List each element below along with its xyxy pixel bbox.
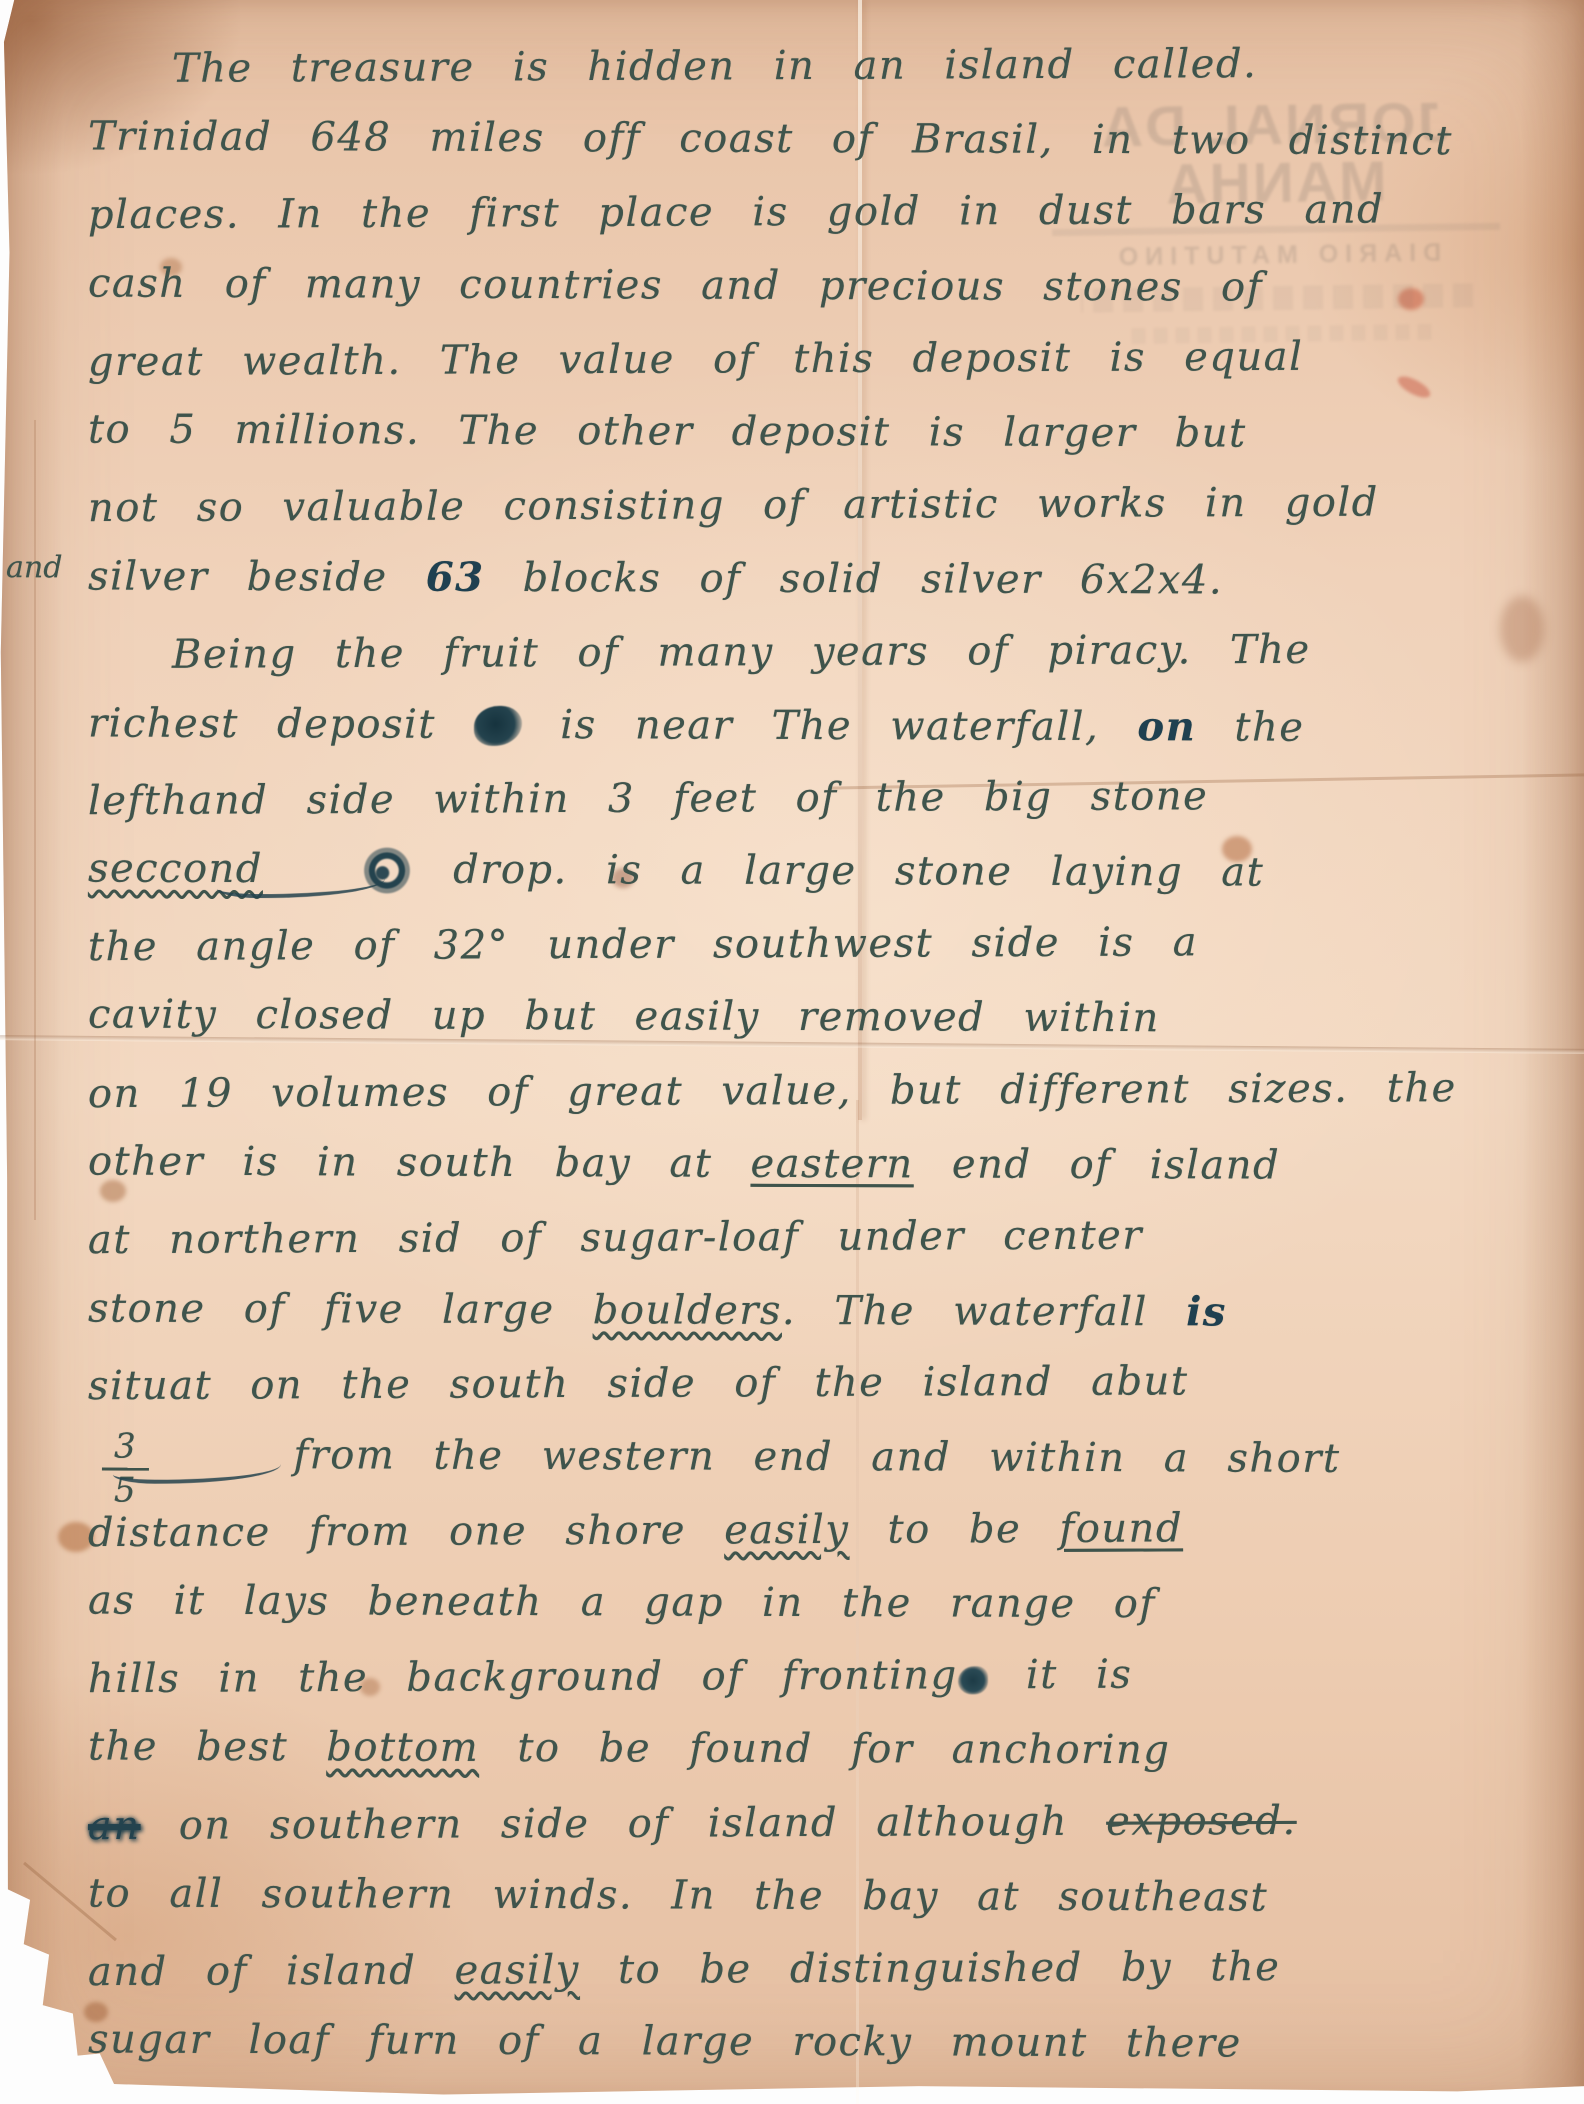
- letter-line: the best bottom to be found for anchorin…: [88, 1711, 1540, 1789]
- letter-line: cavity closed up but easily removed with…: [88, 979, 1540, 1057]
- letter-line: sugar loaf furn of a large rocky mount t…: [88, 2004, 1540, 2082]
- letter-text: to be found for anchoring: [479, 1725, 1170, 1773]
- ink-blot: [359, 846, 415, 894]
- letter-text: drop. is a large stone laying at: [415, 847, 1264, 896]
- letter-line: The treasure is hidden in an island call…: [88, 27, 1540, 107]
- letter-text: to be: [849, 1506, 1059, 1553]
- letter-text: cavity closed up but easily removed with…: [88, 992, 1160, 1042]
- letter-text: silver beside: [88, 554, 426, 601]
- letter-text: at northern sid of sugar-loaf under cent…: [88, 1213, 1143, 1264]
- letter-text: the: [1196, 704, 1304, 750]
- ink-blot: [958, 1666, 988, 1694]
- letter-line: distance from one shore easily to be fou…: [88, 1491, 1540, 1571]
- letter-text: the best: [88, 1724, 326, 1771]
- letter-text: 63: [426, 554, 485, 601]
- letter-text: distance from one shore: [88, 1507, 724, 1556]
- letter-text: Being the fruit of many years of piracy.…: [172, 626, 1311, 677]
- letter-line: to all southern winds. In the bay at sou…: [88, 1857, 1540, 1935]
- letter-text: Trinidad 648 miles off coast of Brasil, …: [88, 114, 1453, 165]
- letter-text: places. In the first place is gold in du…: [88, 187, 1384, 239]
- letter-line: stone of five large boulders. The waterf…: [88, 1272, 1540, 1350]
- letter-text: is: [1186, 1288, 1227, 1335]
- scanned-letter-page: JORNAL DA MANHA DIARIO MATUTINO The trea…: [0, 0, 1584, 2104]
- letter-text: situat on the south side of the island a…: [88, 1359, 1189, 1410]
- letter-line: cash of many countries and precious ston…: [88, 247, 1540, 325]
- letter-line: not so valuable consisting of artistic w…: [88, 466, 1540, 546]
- letter-line: richest deposit is near The waterfall, o…: [88, 686, 1540, 764]
- letter-line: places. In the first place is gold in du…: [88, 173, 1540, 253]
- letter-line: and of island easily to be distinguished…: [88, 1930, 1540, 2010]
- letter-line: an on southern side of island although e…: [88, 1783, 1540, 1863]
- letter-text: easily: [724, 1507, 849, 1554]
- letter-line: Being the fruit of many years of piracy.…: [88, 612, 1540, 692]
- letter-text: and of island: [88, 1947, 455, 1995]
- letter-line: andsilver beside 63 blocks of solid silv…: [88, 540, 1540, 618]
- letter-text: on 19 volumes of great value, but differ…: [88, 1065, 1457, 1117]
- letter-line: Trinidad 648 miles off coast of Brasil, …: [88, 101, 1540, 179]
- letter-text: bottom: [326, 1725, 479, 1772]
- letter-text: to 5 millions. The other deposit is larg…: [88, 406, 1247, 456]
- letter-line: 35 from the western end and within a sho…: [88, 1418, 1540, 1496]
- underline-flourish: [113, 1455, 281, 1484]
- letter-text: exposed.: [1106, 1797, 1297, 1844]
- letter-text: richest deposit: [88, 700, 474, 747]
- letter-text: as it lays beneath a gap in the range of: [88, 1577, 1156, 1627]
- letter-text: to be distinguished by the: [580, 1944, 1281, 1993]
- letter-text: other is in south bay at: [88, 1138, 751, 1186]
- letter-line: lefthand side within 3 feet of the big s…: [88, 759, 1540, 839]
- letter-text: on southern side of island although: [141, 1798, 1107, 1848]
- letter-line: other is in south bay at eastern end of …: [88, 1125, 1540, 1203]
- letter-text: blocks of solid silver 6x2x4.: [484, 555, 1223, 604]
- letter-text: from the western end and within a short: [255, 1432, 1340, 1482]
- letter-text: lefthand side within 3 feet of the big s…: [88, 773, 1208, 824]
- letter-text: cash of many countries and precious ston…: [88, 260, 1263, 310]
- letter-text: stone of five large: [88, 1286, 593, 1334]
- margin-note: and: [6, 531, 63, 604]
- letter-text: eastern: [750, 1141, 913, 1188]
- letter-text: great wealth. The value of this deposit …: [88, 334, 1304, 385]
- letter-body: The treasure is hidden in an island call…: [88, 30, 1540, 2079]
- letter-line: on 19 volumes of great value, but differ…: [88, 1051, 1540, 1131]
- letter-text: found: [1059, 1505, 1183, 1552]
- letter-text: boulders: [593, 1287, 782, 1334]
- letter-text: the angle of 32° under southwest side is…: [88, 920, 1198, 971]
- letter-text: to all southern winds. In the bay at sou…: [88, 1870, 1268, 1920]
- letter-line: hills in the background of fronting it i…: [88, 1637, 1540, 1717]
- letter-line: situat on the south side of the island a…: [88, 1344, 1540, 1424]
- letter-text: easily: [454, 1947, 579, 1994]
- letter-line: to 5 millions. The other deposit is larg…: [88, 393, 1540, 471]
- letter-text: The treasure is hidden in an island call…: [172, 41, 1257, 92]
- letter-text: sugar loaf furn of a large rocky mount t…: [88, 2017, 1242, 2067]
- letter-text: not so valuable consisting of artistic w…: [88, 480, 1379, 532]
- letter-text: end of island: [914, 1141, 1281, 1188]
- letter-line: at northern sid of sugar-loaf under cent…: [88, 1198, 1540, 1278]
- letter-text: an: [88, 1802, 141, 1848]
- letter-line: as it lays beneath a gap in the range of: [88, 1564, 1540, 1642]
- letter-text: it is: [988, 1652, 1133, 1699]
- letter-line: great wealth. The value of this deposit …: [88, 320, 1540, 400]
- letter-text: on: [1137, 703, 1196, 750]
- letter-text: is near The waterfall,: [522, 702, 1137, 750]
- letter-text: . The waterfall: [782, 1288, 1186, 1335]
- letter-line: seccond drop. is a large stone laying at: [88, 833, 1540, 911]
- letter-text: hills in the background of fronting: [88, 1652, 958, 1702]
- letter-line: the angle of 32° under southwest side is…: [88, 905, 1540, 985]
- ink-blot: [474, 706, 522, 746]
